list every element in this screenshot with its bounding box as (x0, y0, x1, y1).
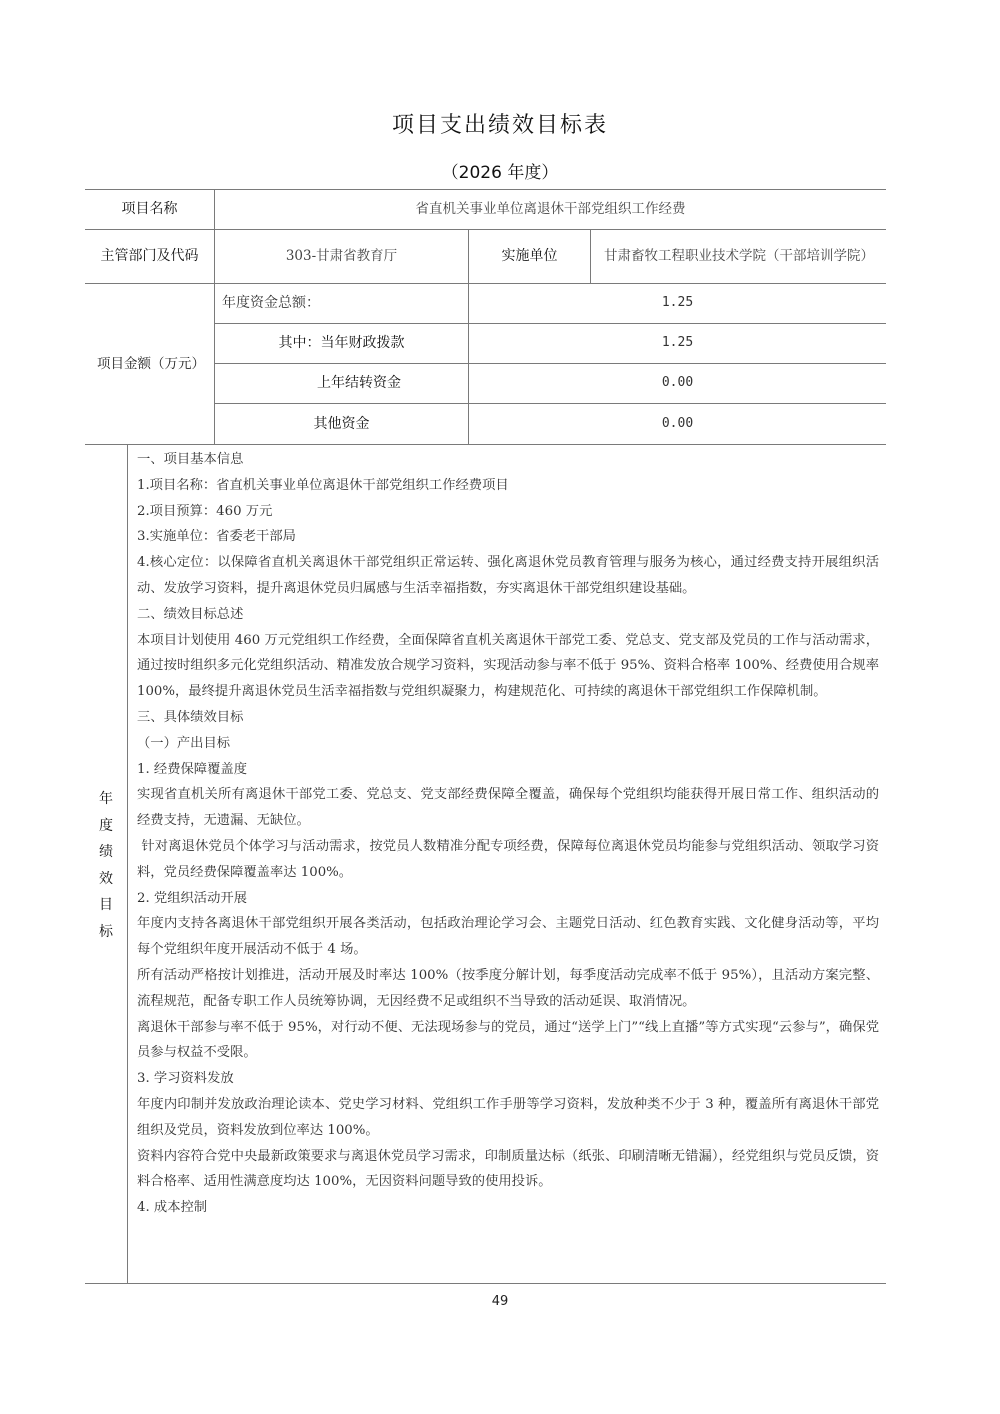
annual-goals-label: 年 度 绩 效 目 标 (85, 786, 127, 945)
project-name-label: 项目名称 (85, 189, 214, 229)
info-item: 2.项目预算：460 万元 (137, 499, 879, 525)
section-heading: 三、具体绩效目标 (137, 705, 879, 731)
info-item: 3.实施单位：省委老干部局 (137, 524, 879, 550)
annual-goals-label-char: 目 (99, 892, 113, 919)
annual-goals-label-char: 度 (99, 813, 113, 840)
paragraph: 资料内容符合党中央最新政策要求与离退休党员学习需求，印制质量达标（纸张、印刷清晰… (137, 1144, 879, 1196)
document-title: 项目支出绩效目标表 (0, 108, 1000, 139)
project-name-value: 省直机关事业单位离退休干部党组织工作经费 (215, 189, 886, 229)
item-heading: 1. 经费保障覆盖度 (137, 757, 879, 783)
item-heading: 2. 党组织活动开展 (137, 886, 879, 912)
annual-goals-label-char: 年 (99, 786, 113, 813)
item-heading: 3. 学习资料发放 (137, 1066, 879, 1092)
section-heading: 二、绩效目标总述 (137, 602, 879, 628)
amount-fiscal-label: 其中：当年财政拨款 (215, 323, 468, 363)
info-item: 4.核心定位：以保障省直机关离退休干部党组织正常运转、强化离退休党员教育管理与服… (137, 550, 879, 602)
item-heading: 4. 成本控制 (137, 1195, 879, 1221)
subsection-heading: （一）产出目标 (137, 731, 879, 757)
page-number: 49 (0, 1294, 1000, 1309)
implementer-value: 甘肃畜牧工程职业技术学院（干部培训学院） (598, 229, 880, 283)
paragraph: 离退休干部参与率不低于 95%，对行动不便、无法现场参与的党员，通过“送学上门”… (137, 1015, 879, 1067)
column-divider (590, 229, 591, 283)
implementer-label: 实施单位 (469, 229, 590, 283)
amount-total-label: 年度资金总额： (222, 283, 468, 323)
amount-total-value: 1.25 (469, 283, 886, 323)
amount-other-value: 0.00 (469, 403, 886, 444)
amount-other-label: 其他资金 (215, 403, 468, 444)
department-value: 303-甘肃省教育厅 (215, 229, 468, 283)
department-label: 主管部门及代码 (85, 229, 214, 283)
info-item: 1.项目名称：省直机关事业单位离退休干部党组织工作经费项目 (137, 473, 879, 499)
amount-carryover-value: 0.00 (469, 363, 886, 403)
paragraph: 年度内支持各离退休干部党组织开展各类活动，包括政治理论学习会、主题党日活动、红色… (137, 911, 879, 963)
document-subtitle: （2026 年度） (0, 158, 1000, 183)
annual-goals-label-char: 效 (99, 866, 113, 893)
annual-goals-content: 一、项目基本信息 1.项目名称：省直机关事业单位离退休干部党组织工作经费项目 2… (137, 447, 879, 1221)
paragraph: 针对离退休党员个体学习与活动需求，按党员人数精准分配专项经费，保障每位离退休党员… (137, 834, 879, 886)
amount-fiscal-value: 1.25 (469, 323, 886, 363)
paragraph: 所有活动严格按计划推进，活动开展及时率达 100%（按季度分解计划，每季度活动完… (137, 963, 879, 1015)
amount-label: 项目金额（万元） (95, 283, 207, 444)
column-divider (127, 444, 128, 1283)
table-border-bottom (85, 1283, 886, 1284)
amount-carryover-label: 上年结转资金 (250, 363, 468, 403)
annual-goals-label-char: 标 (99, 919, 113, 946)
paragraph: 实现省直机关所有离退休干部党工委、党总支、党支部经费保障全覆盖，确保每个党组织均… (137, 782, 879, 834)
section-heading: 一、项目基本信息 (137, 447, 879, 473)
paragraph: 本项目计划使用 460 万元党组织工作经费，全面保障省直机关离退休干部党工委、党… (137, 628, 879, 705)
annual-goals-label-char: 绩 (99, 839, 113, 866)
table-divider (85, 444, 886, 445)
paragraph: 年度内印制并发放政治理论读本、党史学习材料、党组织工作手册等学习资料，发放种类不… (137, 1092, 879, 1144)
